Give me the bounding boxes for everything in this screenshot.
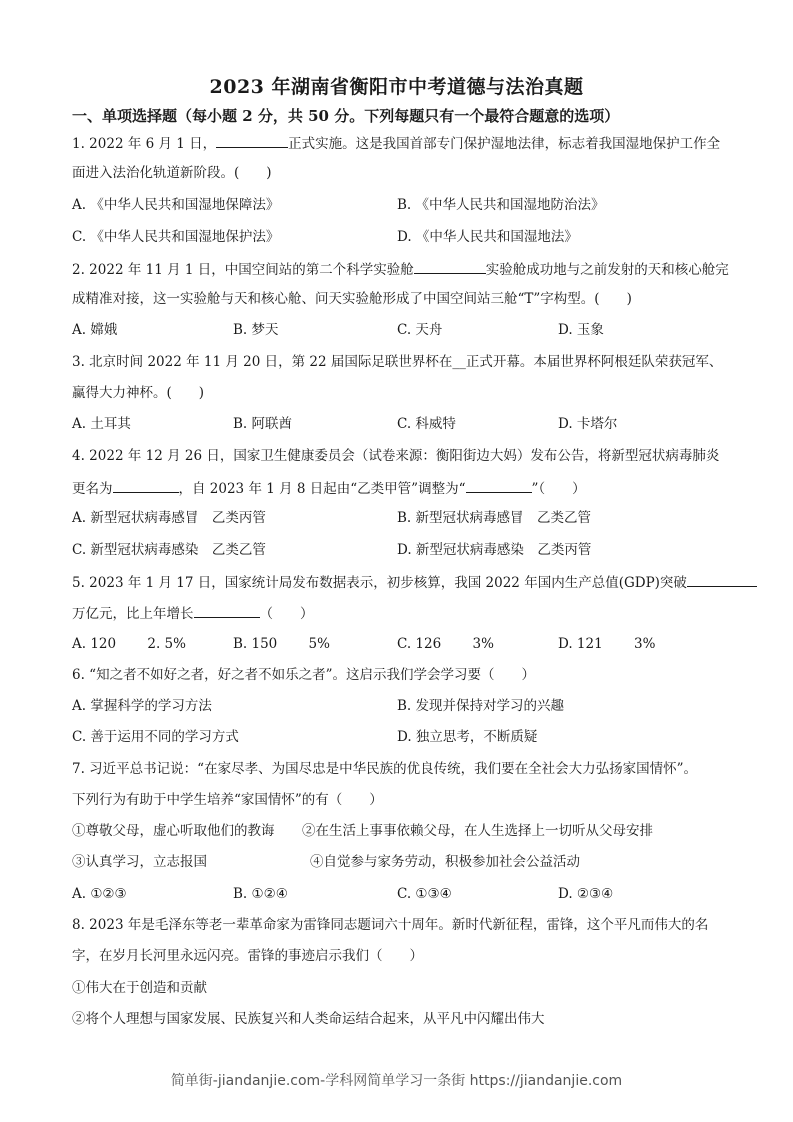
option-a: A. 《中华人民共和国湿地保障法》 <box>72 196 279 214</box>
question-3-line-1: 3. 北京时间 2022 年 11 月 20 日，第 22 届国际足联世界杯在_… <box>72 353 722 371</box>
question-2-line-2: 成精准对接，这一实验舱与天和核心舱、问天实验舱形成了中国空间站三舱“T”字构型。… <box>72 290 632 308</box>
option-c: C. 126 3% <box>397 635 494 653</box>
question-text: ”（ ） <box>532 481 586 497</box>
option-c: C. 善于运用不同的学习方式 <box>72 728 239 746</box>
question-3-line-2: 赢得大力神杯。( ) <box>72 384 204 402</box>
question-8-line-2: 字，在岁月长河里永远闪亮。雷锋的事迹启示我们（ ） <box>72 947 423 965</box>
option-d: D. 玉象 <box>558 321 604 339</box>
option-b: B. ①②④ <box>233 885 288 903</box>
option-a: A. 掌握科学的学习方法 <box>72 697 212 715</box>
question-6-line-1: 6. “知之者不如好之者，好之者不如乐之者”。这启示我们学会学习要（ ） <box>72 666 535 684</box>
option-d: D. 新型冠状病毒感染 乙类丙管 <box>397 541 591 559</box>
option-a: A. 120 2. 5% <box>72 635 186 653</box>
statement-2: ②在生活上事事依赖父母，在人生选择上一切听从父母安排 <box>302 822 653 840</box>
option-c: C. 《中华人民共和国湿地保护法》 <box>72 228 279 246</box>
statement-1: ①伟大在于创造和贡献 <box>72 979 207 997</box>
option-a: A. ①②③ <box>72 885 127 903</box>
option-d: D. 121 3% <box>558 635 655 653</box>
question-text: 万亿元，比上年增长 <box>72 606 194 622</box>
option-b: B. 新型冠状病毒感冒 乙类乙管 <box>397 509 591 527</box>
question-5-line-1: 5. 2023 年 1 月 17 日，国家统计局发布数据表示，初步核算，我国 2… <box>72 572 757 592</box>
exam-page: 2023 年湖南省衡阳市中考道德与法治真题 一、单项选择题（每小题 2 分，共 … <box>0 0 793 1122</box>
option-b: B. 《中华人民共和国湿地防治法》 <box>397 196 605 214</box>
statement-3: ③认真学习，立志报国 <box>72 853 207 871</box>
question-4-line-1: 4. 2022 年 12 月 26 日，国家卫生健康委员会（试卷来源：衡阳街边大… <box>72 447 719 465</box>
question-text: （ ） <box>260 606 314 622</box>
option-c: C. 科威特 <box>397 415 456 433</box>
option-d: D. ②③④ <box>558 885 613 903</box>
option-b: B. 150 5% <box>233 635 330 653</box>
question-4-line-2: 更名为，自 2023 年 1 月 8 日起由“乙类甲管”调整为“”（ ） <box>72 478 586 498</box>
section-heading: 一、单项选择题（每小题 2 分，共 50 分。下列每题只有一个最符合题意的选项） <box>72 105 619 126</box>
option-b: B. 发现并保持对学习的兴趣 <box>397 697 564 715</box>
answer-blank <box>687 572 757 587</box>
question-text: 2. 2022 年 11 月 1 日，中国空间站的第二个科学实验舱 <box>72 262 414 278</box>
question-7-line-2: 下列行为有助于中学生培养“家国情怀”的有（ ） <box>72 791 383 809</box>
option-b: B. 阿联酋 <box>233 415 292 433</box>
option-d: D. 卡塔尔 <box>558 415 617 433</box>
statement-1: ①尊敬父母，虚心听取他们的教诲 <box>72 822 275 840</box>
answer-blank <box>113 478 179 493</box>
option-d: D. 独立思考，不断质疑 <box>397 728 537 746</box>
answer-blank <box>216 133 288 148</box>
footer-watermark: 简单街-jiandanjie.com-学科网简单学习一条街 https://ji… <box>0 1070 793 1090</box>
question-2-line-1: 2. 2022 年 11 月 1 日，中国空间站的第二个科学实验舱实验舱成功地与… <box>72 259 729 279</box>
question-text: 5. 2023 年 1 月 17 日，国家统计局发布数据表示，初步核算，我国 2… <box>72 575 687 591</box>
answer-blank <box>414 259 486 274</box>
statement-4: ④自觉参与家务劳动，积极参加社会公益活动 <box>310 853 580 871</box>
question-text: ，自 2023 年 1 月 8 日起由“乙类甲管”调整为“ <box>179 481 466 497</box>
option-a: A. 新型冠状病毒感冒 乙类丙管 <box>72 509 266 527</box>
answer-blank <box>466 478 532 493</box>
option-b: B. 梦天 <box>233 321 279 339</box>
option-c: C. 新型冠状病毒感染 乙类乙管 <box>72 541 266 559</box>
question-text: 实验舱成功地与之前发射的天和核心舱完 <box>486 262 729 278</box>
question-7-line-1: 7. 习近平总书记说：“在家尽孝、为国尽忠是中华民族的优良传统，我们要在全社会大… <box>72 760 697 778</box>
question-text: 1. 2022 年 6 月 1 日， <box>72 136 216 152</box>
question-1-line-1: 1. 2022 年 6 月 1 日，正式实施。这是我国首部专门保护湿地法律，标志… <box>72 133 720 153</box>
question-1-line-2: 面进入法治化轨道新阶段。( ) <box>72 164 272 182</box>
question-5-line-2: 万亿元，比上年增长（ ） <box>72 603 314 623</box>
question-text: 正式实施。这是我国首部专门保护湿地法律，标志着我国湿地保护工作全 <box>288 136 720 152</box>
page-title: 2023 年湖南省衡阳市中考道德与法治真题 <box>0 72 793 99</box>
question-8-line-1: 8. 2023 年是毛泽东等老一辈革命家为雷锋同志题词六十周年。新时代新征程，雷… <box>72 916 708 934</box>
option-c: C. ①③④ <box>397 885 452 903</box>
statement-2: ②将个人理想与国家发展、民族复兴和人类命运结合起来，从平凡中闪耀出伟大 <box>72 1010 545 1028</box>
option-d: D. 《中华人民共和国湿地法》 <box>397 228 578 246</box>
answer-blank <box>194 603 260 618</box>
question-text: 更名为 <box>72 481 113 497</box>
option-a: A. 嫦娥 <box>72 321 117 339</box>
option-a: A. 土耳其 <box>72 415 131 433</box>
option-c: C. 天舟 <box>397 321 442 339</box>
